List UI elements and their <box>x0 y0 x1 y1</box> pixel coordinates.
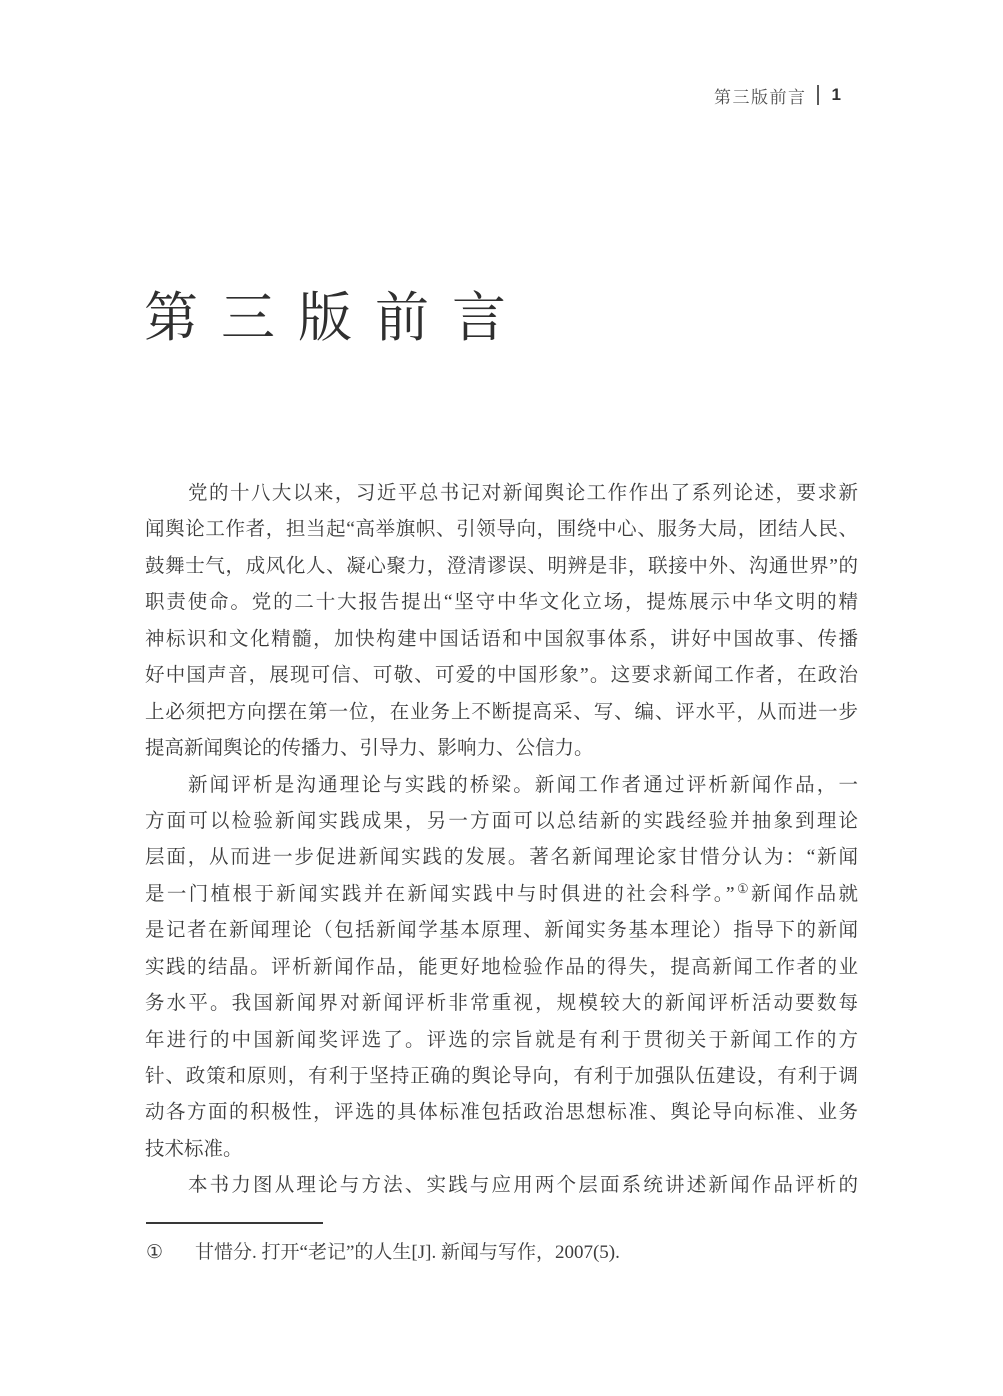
text-line: 闻舆论工作者，担当起“高举旗帜、引领导向，围绕中心、服务大局，团结人民、 <box>145 512 858 548</box>
book-page: 第三版前言 1 第三版前言 党的十八大以来，习近平总书记对新闻舆论工作作出了系列… <box>0 0 1003 1396</box>
text-line: 好中国声音，展现可信、可敬、可爱的中国形象”。这要求新闻工作者，在政治 <box>145 658 858 694</box>
chapter-title: 第三版前言 <box>144 291 529 345</box>
footnote-text: 甘惜分. 打开“老记”的人生[J]. 新闻与写作，2007(5). <box>195 1240 859 1266</box>
text-line: 提高新闻舆论的传播力、引导力、影响力、公信力。 <box>145 731 858 767</box>
text-line: 新闻评析是沟通理论与实践的桥梁。新闻工作者通过评析新闻作品，一 <box>145 768 858 804</box>
text-line: 实践的结晶。评析新闻作品，能更好地检验作品的得失，提高新闻工作者的业 <box>145 950 858 986</box>
footnote-marker: ① <box>146 1240 163 1266</box>
text-line: 职责使命。党的二十大报告提出“坚守中华文化立场，提炼展示中华文明的精 <box>145 585 858 621</box>
text-line: 方面可以检验新闻实践成果，另一方面可以总结新的实践经验并抽象到理论 <box>145 804 858 840</box>
text-line: 是一门植根于新闻实践并在新闻实践中与时俱进的社会科学。”①新闻作品就 <box>145 877 858 913</box>
text-line: 上必须把方向摆在第一位，在业务上不断提高采、写、编、评水平，从而进一步 <box>145 695 858 731</box>
text-line: 技术标准。 <box>145 1132 858 1168</box>
footnote-reference: ① <box>735 881 751 896</box>
text-line: 针、政策和原则，有利于坚持正确的舆论导向，有利于加强队伍建设，有利于调 <box>145 1059 858 1095</box>
text-line: 鼓舞士气，成风化人、凝心聚力，澄清谬误、明辨是非，联接中外、沟通世界”的 <box>145 549 858 585</box>
running-header-title: 第三版前言 <box>714 83 807 108</box>
text-line: 动各方面的积极性，评选的具体标准包括政治思想标准、舆论导向标准、业务 <box>145 1095 858 1131</box>
body-text: 党的十八大以来，习近平总书记对新闻舆论工作作出了系列论述，要求新闻舆论工作者，担… <box>145 476 858 1205</box>
footnote-separator <box>146 1222 323 1224</box>
text-line: 神标识和文化精髓，加快构建中国话语和中国叙事体系，讲好中国故事、传播 <box>145 622 858 658</box>
text-line: 务水平。我国新闻界对新闻评析非常重视，规模较大的新闻评析活动要数每 <box>145 986 858 1022</box>
text-line: 党的十八大以来，习近平总书记对新闻舆论工作作出了系列论述，要求新 <box>145 476 858 512</box>
text-line: 是记者在新闻理论（包括新闻学基本原理、新闻实务基本理论）指导下的新闻 <box>145 913 858 949</box>
text-line: 年进行的中国新闻奖评选了。评选的宗旨就是有利于贯彻关于新闻工作的方 <box>145 1023 858 1059</box>
page-number: 1 <box>832 85 841 105</box>
paragraph: 新闻评析是沟通理论与实践的桥梁。新闻工作者通过评析新闻作品，一方面可以检验新闻实… <box>145 768 858 1169</box>
header-divider-bar <box>817 85 819 105</box>
text-line: 层面，从而进一步促进新闻实践的发展。著名新闻理论家甘惜分认为：“新闻 <box>145 840 858 876</box>
footnote: ① 甘惜分. 打开“老记”的人生[J]. 新闻与写作，2007(5). <box>146 1240 859 1266</box>
running-header: 第三版前言 1 <box>0 83 841 107</box>
paragraph: 党的十八大以来，习近平总书记对新闻舆论工作作出了系列论述，要求新闻舆论工作者，担… <box>145 476 858 768</box>
text-line: 本书力图从理论与方法、实践与应用两个层面系统讲述新闻作品评析的 <box>145 1168 858 1204</box>
paragraph: 本书力图从理论与方法、实践与应用两个层面系统讲述新闻作品评析的 <box>145 1168 858 1204</box>
